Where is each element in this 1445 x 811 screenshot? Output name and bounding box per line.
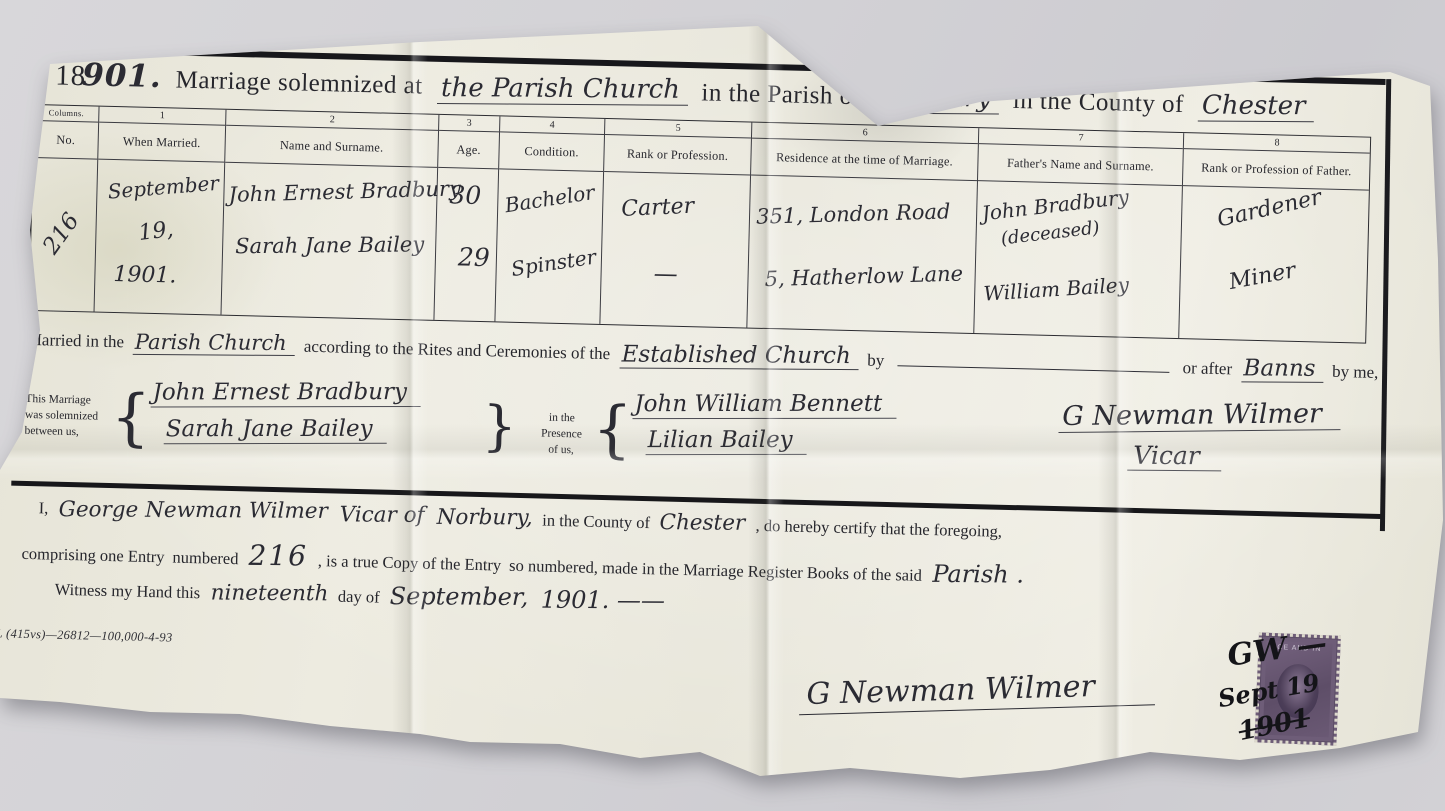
norbury-handwritten: Norbury, <box>434 505 534 531</box>
when-married-day: 19, <box>137 217 175 246</box>
officiant-block: G Newman Wilmer Vicar <box>1057 392 1340 475</box>
revenue-stamp: CE AND IN GW — Sept 19 1901 <box>1254 632 1341 745</box>
vicar-name-handwritten: George Newman Wilmer <box>56 497 329 524</box>
year: 18901. <box>55 57 162 96</box>
groom-signature: John Ernest Bradbury <box>151 379 421 407</box>
this-marriage-label: This Marriage was solemnized between us, <box>24 367 112 441</box>
conditions-cell: Bachelor Spinster <box>495 169 603 323</box>
year-handwritten: 901. <box>82 57 162 95</box>
printer-mark: L (415vs)—26812—100,000-4-93 <box>0 626 173 645</box>
groom-father-note: (deceased) <box>1000 217 1101 249</box>
bride-age: 29 <box>458 242 491 272</box>
paper-shadow: 18901. Marriage solemnized at the Parish… <box>0 0 1445 811</box>
column-3-label: Age. <box>438 131 499 169</box>
column-name-surname: 2 Name and Surname. John Ernest Bradbury… <box>220 110 438 320</box>
witness-open-brace: { <box>591 381 633 478</box>
groom-father: John Bradbury <box>981 185 1130 226</box>
groom-residence: 351, London Road <box>756 199 951 228</box>
when-married-month: September <box>107 171 220 204</box>
column-1-label: When Married. <box>98 123 225 163</box>
column-when-married: 1 When Married. September 19, 1901. <box>94 107 226 315</box>
column-father-name: 7 Father's Name and Surname. John Bradbu… <box>973 128 1183 338</box>
column-2-label: Name and Surname. <box>225 126 438 168</box>
title-printed-1: Marriage solemnized at <box>175 66 423 100</box>
entry-number: 216 <box>38 208 85 259</box>
bottom-zone: L (415vs)—26812—100,000-4-93 G Newman Wi… <box>16 615 1372 811</box>
vicar-of-handwritten: Vicar of <box>337 502 426 528</box>
witness-1-signature: John William Bennett <box>633 391 897 419</box>
column-residence: 6 Residence at the time of Marriage. 351… <box>746 123 978 333</box>
fathers-cell: John Bradbury (deceased) William Bailey <box>974 181 1182 338</box>
rites-printed-by: by <box>867 350 884 370</box>
bride-father-profession: Miner <box>1227 258 1298 295</box>
entry-number-handwritten: 216 <box>246 539 310 572</box>
bride-condition: Spinster <box>510 245 598 282</box>
solemnization-block: This Marriage was solemnized between us,… <box>24 367 1378 504</box>
bride-name: Sarah Jane Bailey <box>235 232 424 258</box>
presence-label: in the Presence of us, <box>530 379 594 459</box>
groom-name: John Ernest Bradbury <box>228 176 461 206</box>
stamp-cancel-year: 1901 <box>1236 703 1313 747</box>
officiant-signature: G Newman Wilmer <box>1058 398 1340 433</box>
names-cell: John Ernest Bradbury Sarah Jane Bailey <box>221 163 437 320</box>
rites-established-church-handwritten: Established Church <box>619 341 858 370</box>
groom-age: 30 <box>449 180 482 210</box>
title-printed-2: in the Parish of <box>701 79 862 111</box>
columns-label: Columns. <box>34 105 98 123</box>
bride-father: William Bailey <box>983 272 1130 305</box>
when-married-cell: September 19, 1901. <box>95 160 225 315</box>
column-3-number: 3 <box>439 115 499 132</box>
column-5-label: Rank or Profession. <box>604 135 751 176</box>
rites-church-handwritten: Parish Church <box>133 330 295 356</box>
column-8-label: Rank or Profession of Father. <box>1183 149 1370 191</box>
certificate-paper: 18901. Marriage solemnized at the Parish… <box>0 0 1445 811</box>
father-professions-cell: Gardener Miner <box>1179 186 1369 342</box>
groom-condition: Bachelor <box>503 180 596 217</box>
groom-father-profession: Gardener <box>1215 185 1324 233</box>
ages-cell: 30 29 <box>434 168 498 321</box>
column-condition: 4 Condition. Bachelor Spinster <box>494 116 604 324</box>
column-4-label: Condition. <box>499 132 604 172</box>
column-father-profession: 8 Rank or Profession of Father. Gardener… <box>1178 133 1370 343</box>
entry-number-cell: 216 <box>30 158 98 312</box>
officiant-title: Vicar <box>1127 441 1222 472</box>
open-brace: { <box>110 369 152 466</box>
when-married-year: 1901. <box>113 262 177 289</box>
residences-cell: 351, London Road 5, Hatherlow Lane <box>747 176 977 333</box>
bride-residence: 5, Hatherlow Lane <box>764 262 963 292</box>
rites-printed-by-me: by me, <box>1332 362 1379 383</box>
photo-background: 18901. Marriage solemnized at the Parish… <box>0 0 1445 811</box>
column-6-label: Residence at the time of Marriage. <box>751 139 978 182</box>
professions-cell: Carter — <box>600 172 750 328</box>
column-rank-profession: 5 Rank or Profession. Carter — <box>599 119 751 328</box>
bride-profession: — <box>653 259 678 288</box>
column-7-label: Father's Name and Surname. <box>978 144 1183 186</box>
rites-banns-handwritten: Banns <box>1241 355 1323 383</box>
nineteenth-handwritten: nineteenth <box>208 580 330 606</box>
column-age: 3 Age. 30 29 <box>433 115 499 321</box>
blank-rule <box>897 352 1170 373</box>
couple-signatures: John Ernest Bradbury Sarah Jane Bailey <box>150 370 484 449</box>
column-number: Columns. No. 216 <box>30 105 99 312</box>
vicar-main-signature: G Newman Wilmer <box>798 667 1155 715</box>
county-handwritten: Chester <box>1198 90 1314 122</box>
witness-signatures: John William Bennett Lilian Bailey <box>632 382 1034 463</box>
chester-handwritten: Chester <box>658 510 748 536</box>
marriage-certificate: 18901. Marriage solemnized at the Parish… <box>16 46 1386 811</box>
no-label: No. <box>33 121 98 160</box>
church-handwritten: the Parish Church <box>437 73 688 106</box>
rites-printed-1: Married in the <box>27 330 125 352</box>
marriage-register-table: Columns. No. 216 1 When Married. Septemb… <box>28 104 1372 344</box>
year-1901-handwritten: 1901. —— <box>538 586 667 615</box>
bride-signature: Sarah Jane Bailey <box>164 416 387 444</box>
title-printed-3: in the County of <box>1012 87 1184 119</box>
groom-profession: Carter <box>621 194 695 222</box>
parish-handwritten: Norbury <box>875 83 999 115</box>
september-handwritten: September, <box>388 582 531 611</box>
witness-2-signature: Lilian Bailey <box>646 427 807 455</box>
rites-printed-or-after: or after <box>1182 358 1232 379</box>
rites-printed-2: according to the Rites and Ceremonies of… <box>304 337 611 364</box>
close-brace: } <box>481 378 518 475</box>
parish-word-handwritten: Parish . <box>930 560 1026 589</box>
